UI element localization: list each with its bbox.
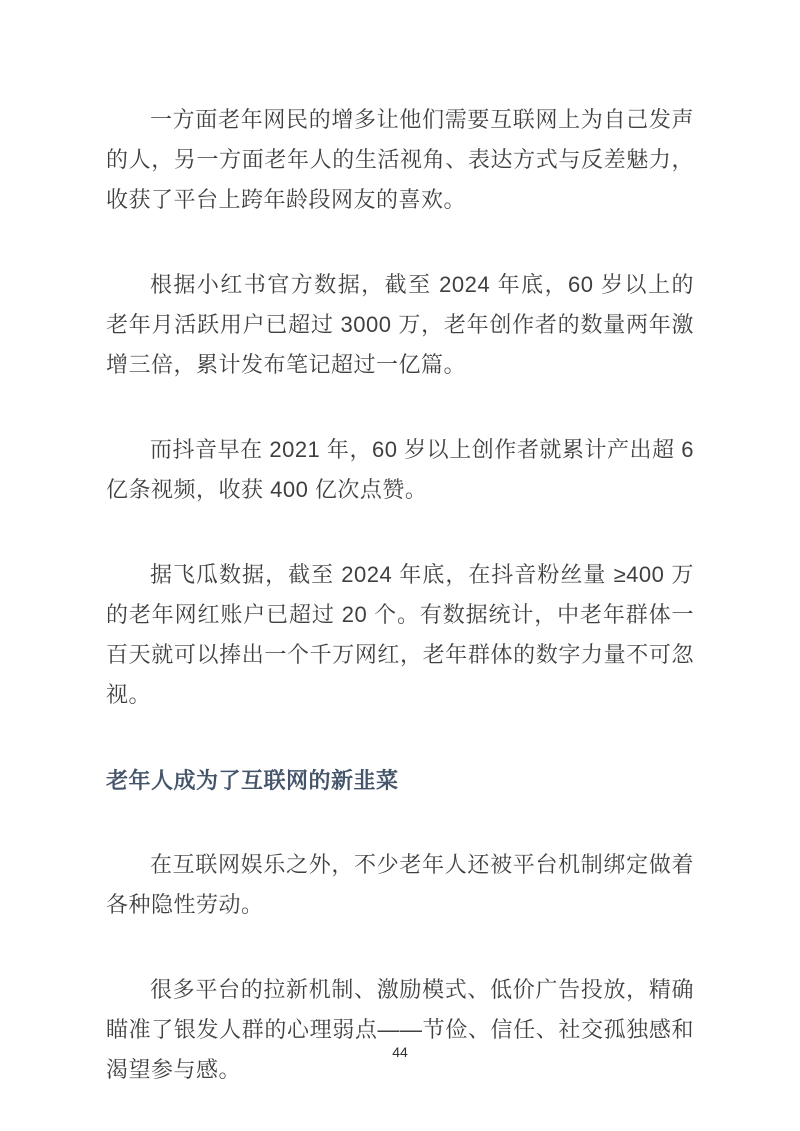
- document-content: 一方面老年网民的增多让他们需要互联网上为自己发声的人，另一方面老年人的生活视角、…: [106, 100, 694, 1131]
- paragraph: 在互联网娱乐之外，不少老年人还被平台机制绑定做着各种隐性劳动。: [106, 845, 694, 925]
- paragraph: 据飞瓜数据，截至 2024 年底，在抖音粉丝量 ≥400 万的老年网红账户已超过…: [106, 555, 694, 715]
- paragraph: 很多平台的拉新机制、激励模式、低价广告投放，精确瞄准了银发人群的心理弱点——节俭…: [106, 970, 694, 1090]
- paragraph: 一方面老年网民的增多让他们需要互联网上为自己发声的人，另一方面老年人的生活视角、…: [106, 100, 694, 220]
- paragraph: 而抖音早在 2021 年，60 岁以上创作者就累计产出超 6 亿条视频，收获 4…: [106, 430, 694, 510]
- page-number: 44: [0, 1044, 800, 1060]
- paragraph: 根据小红书官方数据，截至 2024 年底，60 岁以上的老年月活跃用户已超过 3…: [106, 265, 694, 385]
- document-page: 一方面老年网民的增多让他们需要互联网上为自己发声的人，另一方面老年人的生活视角、…: [0, 0, 800, 1131]
- section-heading: 老年人成为了互联网的新韭菜: [106, 760, 694, 802]
